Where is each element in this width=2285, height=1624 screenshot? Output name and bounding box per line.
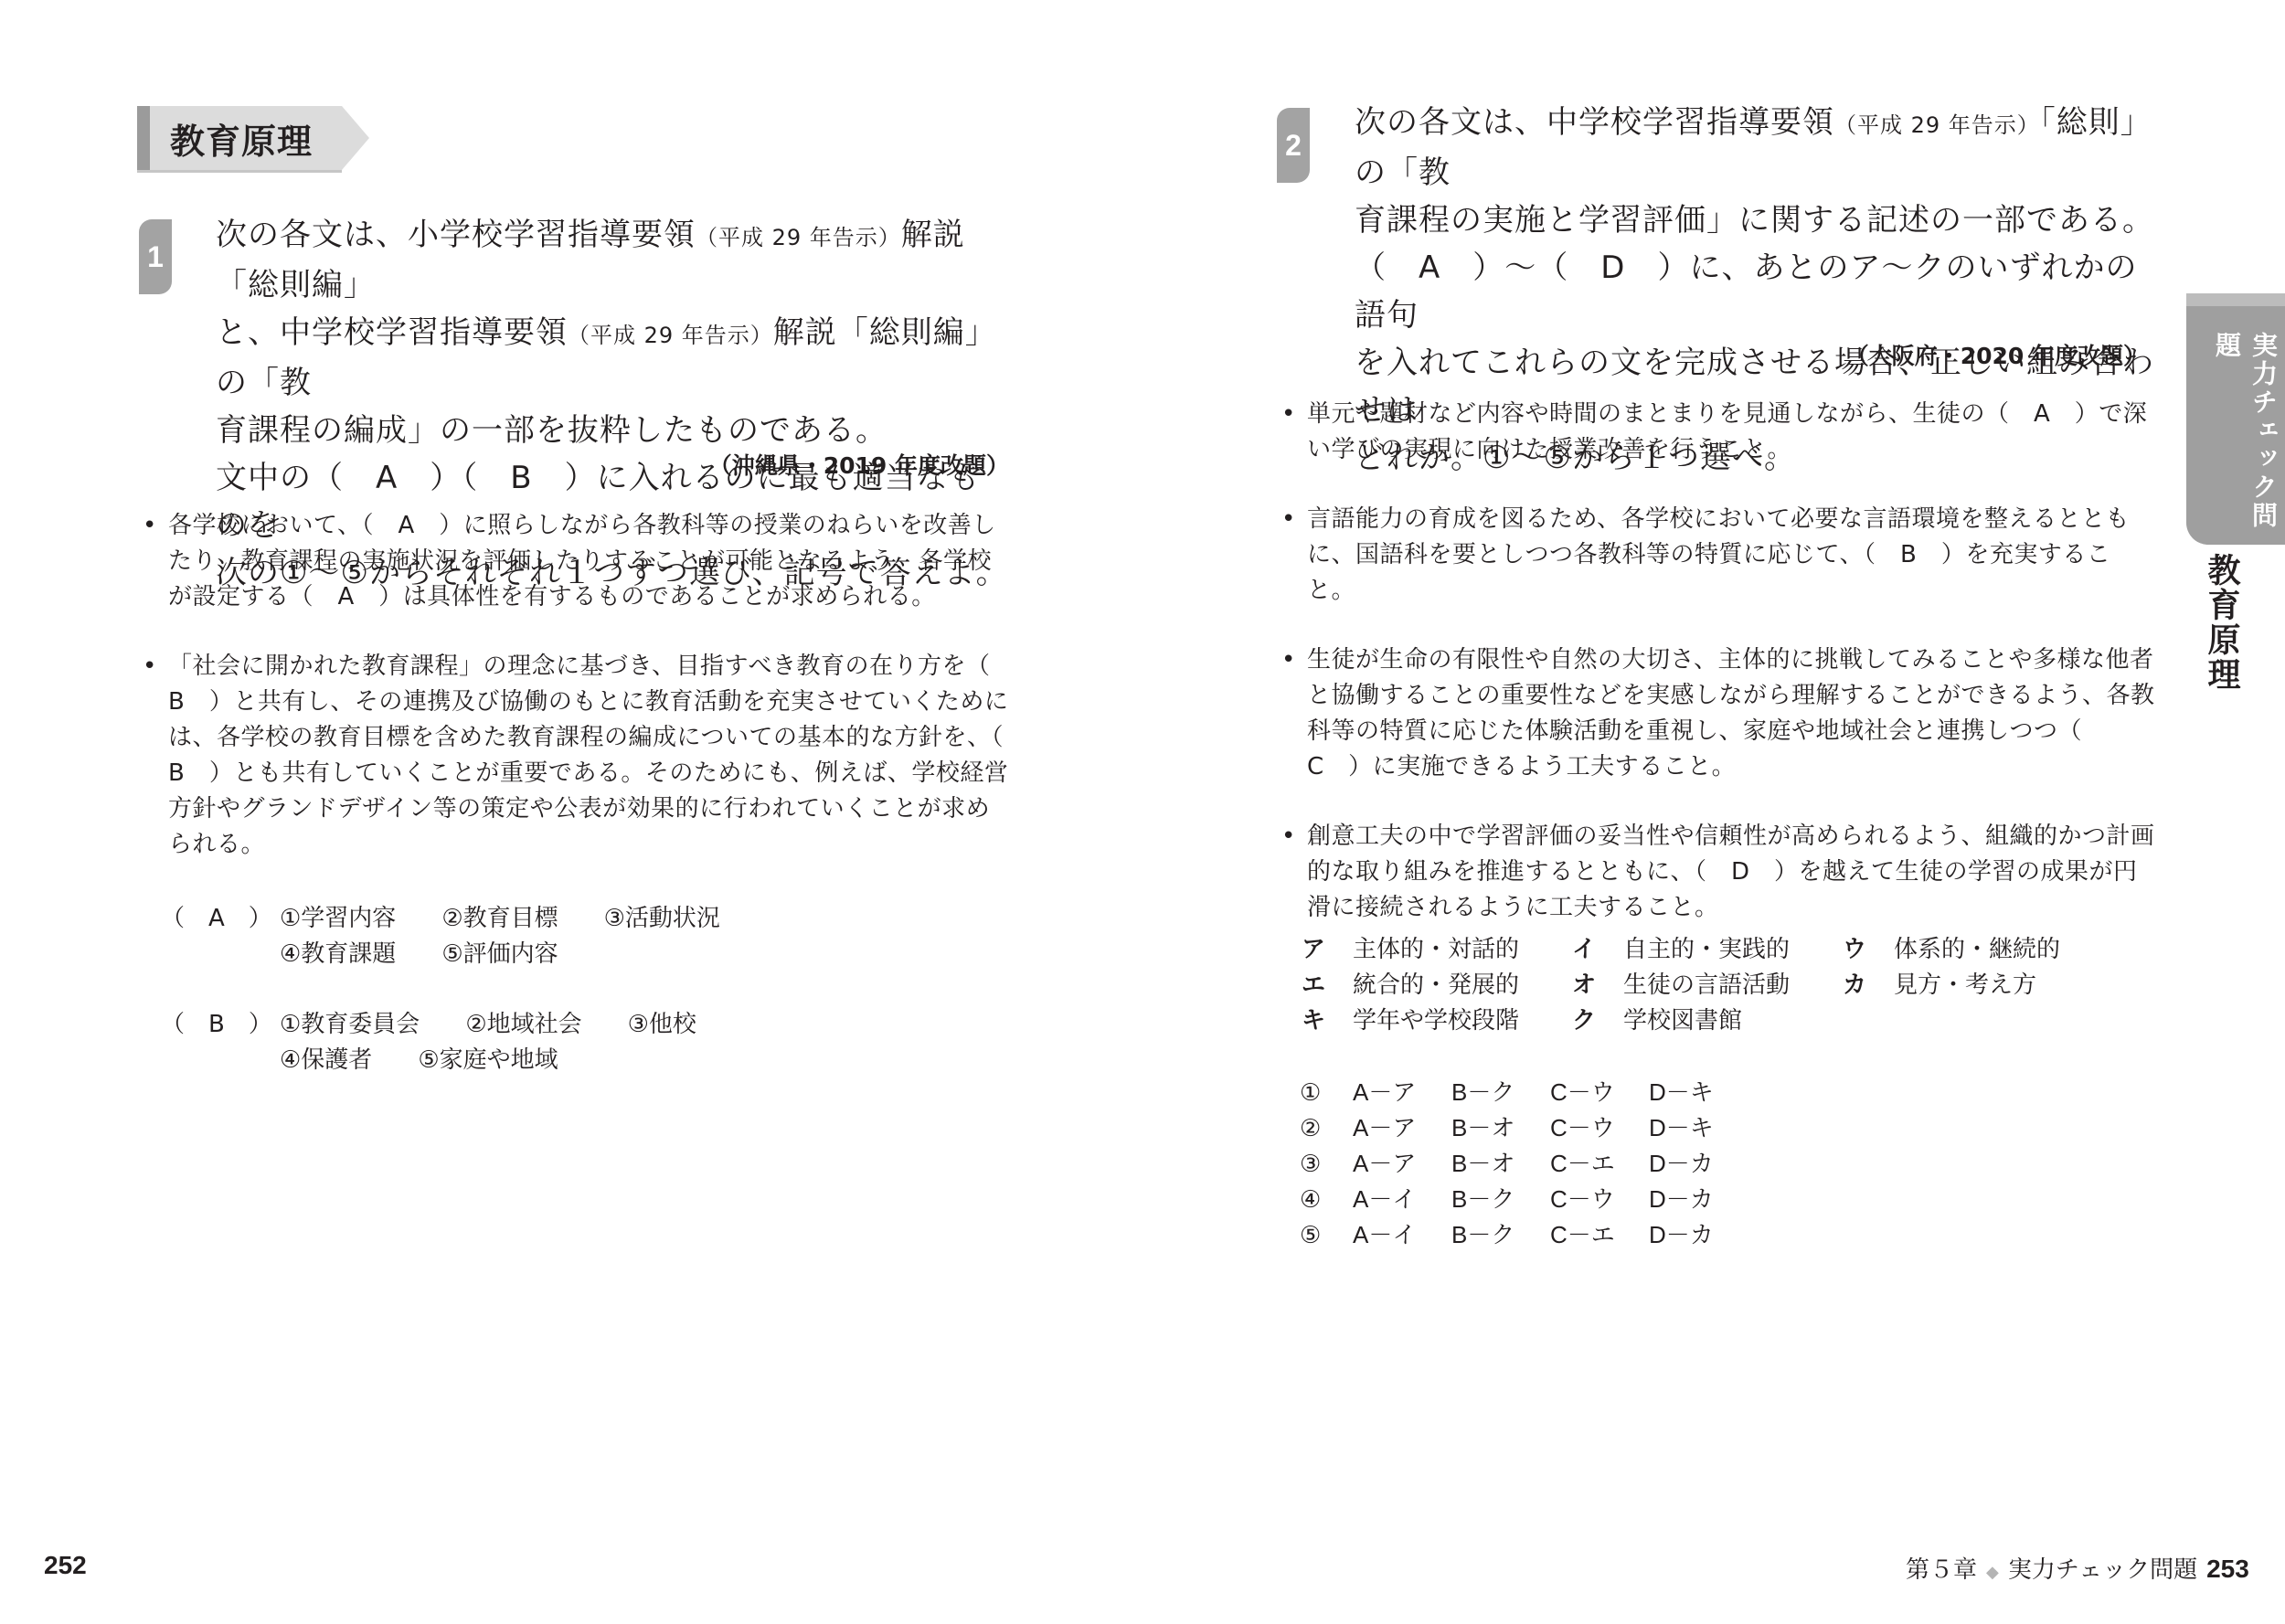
side-tab-label: 実力チェック問題 (2208, 332, 2281, 545)
term-option: ア主体的・対話的 (1302, 932, 1572, 968)
term-option: エ統合的・発展的 (1302, 968, 1572, 1003)
page-number-right: 253 (2206, 1555, 2249, 1584)
side-section-label: 教育原理 (2198, 553, 2245, 692)
choice-option: ③他校 (628, 1007, 696, 1043)
question-1-statements: 各学校において、（ A ）に照らしながら各教科等の授業のねらいを改善したり、教育… (143, 508, 1011, 897)
section-header-arrow (342, 106, 369, 170)
stem-line: 育課程の実施と学習評価」に関する記述の一部である。 (1355, 196, 2159, 244)
footer-chapter: 第５章 (1906, 1551, 1977, 1585)
stem-line: 次の各文は、中学校学習指導要領（平成 29 年告示）「総則」の「教 (1355, 99, 2159, 196)
answer-option: ③ A－アB－オC－エD－カ (1300, 1146, 1848, 1182)
choice-option: ⑤評価内容 (441, 937, 558, 972)
choice-option: ②地域社会 (465, 1007, 581, 1043)
statement-item: 単元や題材など内容や時間のまとまりを見通しながら、生徒の（ A ）で深い学びの実… (1281, 397, 2159, 468)
answer-option: ④ A－イB－クC－ウD－カ (1300, 1182, 1848, 1217)
stem-line: 次の各文は、小学校学習指導要領（平成 29 年告示）解説「総則編」 (216, 211, 1011, 309)
choice-option: ①教育委員会 (280, 1007, 420, 1043)
answer-option: ① A－アB－クC－ウD－キ (1300, 1075, 1848, 1110)
statement-item: 各学校において、（ A ）に照らしながら各教科等の授業のねらいを改善したり、教育… (143, 508, 1011, 615)
section-title: 教育原理 (170, 113, 313, 164)
choice-option: ②教育目標 (441, 901, 558, 937)
question-number: 2 (1285, 129, 1302, 163)
running-footer: 第５章 ◆ 実力チェック問題 253 (1906, 1551, 2249, 1585)
choice-key: （ B ） (161, 1007, 280, 1043)
statement-item: 創意工夫の中で学習評価の妥当性や信頼性が高められるよう、組織的かつ計画的な取り組… (1281, 819, 2159, 926)
question-1-source: （沖縄県・2019 年度改題） (640, 448, 1009, 481)
choice-option: ①学習内容 (280, 901, 396, 937)
statement-item: 言語能力の育成を図るため、各学校において必要な言語環境を整えるとともに、国語科を… (1281, 502, 2159, 609)
section-header-tab: 教育原理 (137, 106, 361, 172)
diamond-icon: ◆ (1986, 1563, 1999, 1582)
choice-option: ③活動状況 (604, 901, 720, 937)
page-number-left: 252 (44, 1551, 87, 1580)
answer-option: ⑤ A－イB－クC－エD－カ (1300, 1217, 1848, 1253)
term-option: ク学校図書館 (1572, 1003, 1843, 1039)
choice-option: ④保護者 (280, 1043, 372, 1078)
stem-line: と、中学校学習指導要領（平成 29 年告示）解説「総則編」の「教 (216, 309, 1011, 407)
choice-option: ⑤家庭や地域 (418, 1043, 558, 1078)
question-1-choices: （ A ） ①学習内容②教育目標③活動状況 ④教育課題⑤評価内容 （ B ） ①… (161, 901, 983, 1078)
stem-line: （ A ）～（ D ）に、あとのア～クのいずれかの語句 (1355, 244, 2159, 339)
choice-group-b: （ B ） ①教育委員会②地域社会③他校 ④保護者⑤家庭や地域 (161, 1007, 983, 1078)
question-2-statements: 単元や題材など内容や時間のまとまりを見通しながら、生徒の（ A ）で深い学びの実… (1281, 397, 2159, 960)
question-number-badge: 1 (139, 219, 172, 294)
term-options: ア主体的・対話的 イ自主的・実践的 ウ体系的・継続的 エ統合的・発展的 オ生徒の… (1302, 932, 2152, 1039)
statement-item: 生徒が生命の有限性や自然の大切さ、主体的に挑戦してみることや多様な他者と協働する… (1281, 642, 2159, 785)
question-number-badge: 2 (1277, 108, 1310, 183)
term-option: オ生徒の言語活動 (1572, 968, 1843, 1003)
chapter-side-tab: 実力チェック問題 (2186, 293, 2285, 545)
term-option: ウ体系的・継続的 (1843, 932, 2113, 968)
statement-item: 「社会に開かれた教育課程」の理念に基づき、目指すべき教育の在り方を（ B ）と共… (143, 649, 1011, 863)
term-option: イ自主的・実践的 (1572, 932, 1843, 968)
choice-group-a: （ A ） ①学習内容②教育目標③活動状況 ④教育課題⑤評価内容 (161, 901, 983, 972)
term-option: キ学年や学校段階 (1302, 1003, 1572, 1039)
term-option: カ見方・考え方 (1843, 968, 2113, 1003)
answer-choices: ① A－アB－クC－ウD－キ ② A－アB－オC－ウD－キ ③ A－アB－オC－… (1300, 1075, 1848, 1253)
choice-option: ④教育課題 (280, 937, 396, 972)
answer-option: ② A－アB－オC－ウD－キ (1300, 1110, 1848, 1146)
footer-title: 実力チェック問題 (2008, 1551, 2197, 1585)
choice-key: （ A ） (161, 901, 280, 937)
question-number: 1 (147, 240, 164, 274)
question-2-source: （大阪府・2020 年度改題） (1737, 338, 2146, 371)
